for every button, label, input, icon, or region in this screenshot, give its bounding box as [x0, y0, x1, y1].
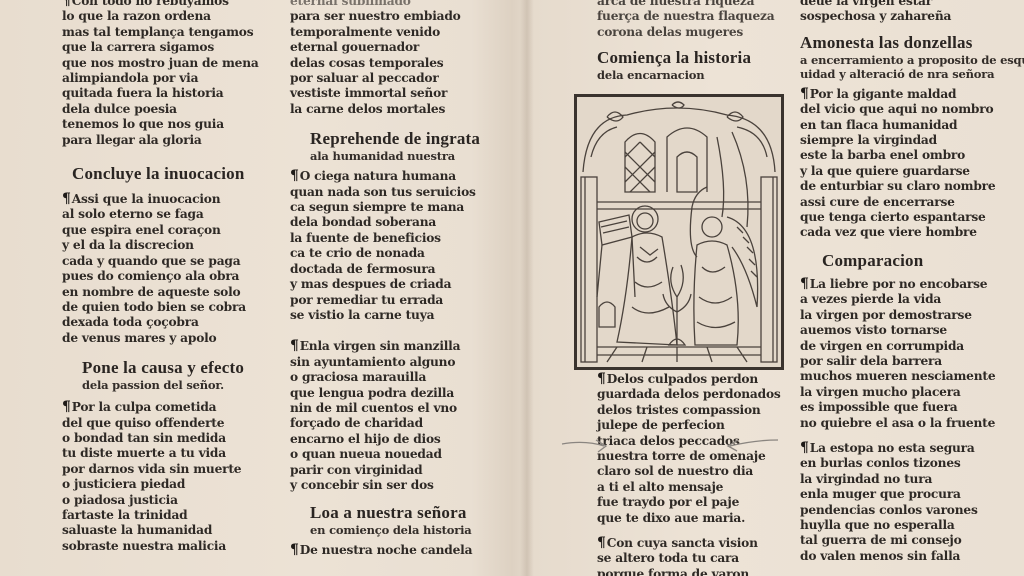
verse-line: que te dixo aue maria.	[597, 511, 781, 526]
verse-line: huylla que no esperalla	[800, 518, 1024, 533]
verse-line: alimpiandola por via	[62, 71, 259, 86]
verse-line: saluaste la humanidad	[62, 523, 259, 538]
stanza: ¶O ciega natura humana quan nada son tus…	[290, 169, 480, 323]
verse-line: ¶Con cuya sancta vision	[597, 536, 781, 551]
verse-line: siempre la virgindad	[800, 133, 1024, 148]
verse-line: por darnos vida sin muerte	[62, 462, 259, 477]
verse-line: parir con virginidad	[290, 463, 480, 478]
right-page-column-1-lower: ¶Delos culpados perdon guardada delos pe…	[597, 372, 781, 576]
verse-line: vestiste immortal señor	[290, 86, 480, 101]
verse-line: de virgen en corrumpida	[800, 339, 1024, 354]
verse-line: para llegar ala gloria	[62, 133, 259, 148]
verse-line: la fuente de beneficios	[290, 231, 480, 246]
verse-line: do valen menos sin falla	[800, 549, 1024, 564]
verse-line: y el da la discrecion	[62, 238, 259, 253]
verse-line: para ser nuestro embiado	[290, 9, 480, 24]
verse-line: quitada fuera la historia	[62, 86, 259, 101]
verse-line: tu diste muerte a tu vida	[62, 446, 259, 461]
verse-line: la virgen mucho placera	[800, 385, 1024, 400]
verse-line: nin de mil cuentos el vno	[290, 401, 480, 416]
pilcrow-icon: ¶	[597, 536, 606, 551]
section-subheading: en comienço dela historia	[290, 523, 480, 537]
pilcrow-icon: ¶	[62, 0, 71, 9]
verse-line: fue traydo por el paje	[597, 495, 781, 510]
verse-line: a ti el alto mensaje	[597, 480, 781, 495]
verse-line: cada y quando que se paga	[62, 254, 259, 269]
verse-line: delas cosas temporales	[290, 56, 480, 71]
stanza: ¶La liebre por no encobarse a vezes pier…	[800, 277, 1024, 431]
verse-line: que la carrera sigamos	[62, 40, 259, 55]
verse-line: ¶Delos culpados perdon	[597, 372, 781, 387]
verse-line: pendencias conlos varones	[800, 503, 1024, 518]
verse-line: tal guerra de mi consejo	[800, 533, 1024, 548]
verse-line: auemos visto tornarse	[800, 323, 1024, 338]
right-margin-arrow-icon	[720, 434, 780, 454]
verse-line: ¶O ciega natura humana	[290, 169, 480, 184]
verse-line: o bondad tan sin medida	[62, 431, 259, 446]
stanza: arca de nuestra riqueza fuerça de nuestr…	[597, 0, 774, 40]
verse-line: corona delas mugeres	[597, 25, 774, 40]
woodcut-drawing	[577, 97, 781, 367]
stanza: ¶Assi que la inuocacion al solo eterno s…	[62, 192, 259, 346]
pilcrow-icon: ¶	[800, 277, 809, 292]
verse-line: en tan flaca humanidad	[800, 118, 1024, 133]
pilcrow-icon: ¶	[62, 192, 71, 207]
left-page-column-1: ¶Con todo no rebuyamos lo que la razon o…	[62, 0, 259, 554]
verse-line: ca segun siempre te mana	[290, 200, 480, 215]
verse-line: sospechosa y zahareña	[800, 9, 1024, 24]
verse-line: dela dulce poesia	[62, 102, 259, 117]
annunciation-woodcut-illustration	[574, 94, 784, 370]
left-page-column-2: eternal sublimado para ser nuestro embia…	[290, 0, 480, 559]
verse-line: claro sol de nuestro dia	[597, 464, 781, 479]
verse-line: quan nada son tus seruicios	[290, 185, 480, 200]
pilcrow-icon: ¶	[597, 372, 606, 387]
stanza: eternal sublimado para ser nuestro embia…	[290, 0, 480, 117]
verse-line: sin ayuntamiento alguno	[290, 355, 480, 370]
verse-line: encarno el hijo de dios	[290, 432, 480, 447]
verse-line: por remediar tu errada	[290, 293, 480, 308]
verse-line: ¶De nuestra noche candela	[290, 543, 480, 558]
verse-line: no quiebre el asa o la fruente	[800, 416, 1024, 431]
verse-line: al solo eterno se faga	[62, 207, 259, 222]
right-page-column-1: arca de nuestra riqueza fuerça de nuestr…	[597, 0, 774, 82]
section-subheading: ala humanidad nuestra	[290, 149, 480, 163]
verse-line: mas tal templança tengamos	[62, 25, 259, 40]
verse-line: ¶Por la gigante maldad	[800, 87, 1024, 102]
verse-line: este la barba enel ombro	[800, 148, 1024, 163]
verse-line: que espira enel coraçon	[62, 223, 259, 238]
pilcrow-icon: ¶	[800, 441, 809, 456]
verse-line: porque forma de varon	[597, 567, 781, 576]
verse-line: ¶La estopa no esta segura	[800, 441, 1024, 456]
section-heading: Amonesta las donzellas	[800, 33, 1024, 53]
verse-line: dela bondad soberana	[290, 215, 480, 230]
stanza: ¶Enla virgen sin manzilla sin ayuntamien…	[290, 339, 480, 493]
verse-line: o piadosa justicia	[62, 493, 259, 508]
verse-line: en nombre de aqueste solo	[62, 285, 259, 300]
verse-line: es impossible que fuera	[800, 400, 1024, 415]
verse-line: o quan nueua nouedad	[290, 447, 480, 462]
verse-line: temporalmente venido	[290, 25, 480, 40]
verse-line: de enturbiar su claro nombre	[800, 179, 1024, 194]
verse-line: fuerça de nuestra flaqueza	[597, 9, 774, 24]
verse-line: ¶Por la culpa cometida	[62, 400, 259, 415]
verse-line: ¶Assi que la inuocacion	[62, 192, 259, 207]
verse-line: assi cure de encerrarse	[800, 195, 1024, 210]
stanza: ¶Con todo no rebuyamos lo que la razon o…	[62, 0, 259, 148]
stanza: ¶La estopa no esta segura en burlas conl…	[800, 441, 1024, 564]
verse-line: ca te crio de nonada	[290, 246, 480, 261]
verse-line: fartaste la trinidad	[62, 508, 259, 523]
verse-line: se vistio la carne tuya	[290, 308, 480, 323]
stanza: ¶Con cuya sancta vision se altero toda t…	[597, 536, 781, 576]
verse-line: se altero toda tu cara	[597, 551, 781, 566]
book-gutter	[520, 0, 534, 576]
verse-line: por saluar al peccador	[290, 71, 480, 86]
verse-line: arca de nuestra riqueza	[597, 0, 774, 9]
section-subheading: uidad y alteració de nra señora	[800, 67, 1024, 81]
verse-line: ¶Con todo no rebuyamos	[62, 0, 259, 9]
pilcrow-icon: ¶	[800, 87, 809, 102]
verse-line: de quien todo bien se cobra	[62, 300, 259, 315]
section-heading: Reprehende de ingrata	[290, 129, 480, 149]
section-subheading: dela passion del señor.	[62, 378, 259, 392]
pilcrow-icon: ¶	[62, 400, 71, 415]
stanza: ¶Por la culpa cometida del que quiso off…	[62, 400, 259, 554]
verse-line: deue la virgen estar	[800, 0, 1024, 9]
section-heading: Comparacion	[800, 251, 1024, 271]
verse-line: sobraste nuestra malicia	[62, 539, 259, 554]
verse-line: y la que quiere guardarse	[800, 164, 1024, 179]
verse-line: en burlas conlos tizones	[800, 456, 1024, 471]
verse-line: delos tristes compassion	[597, 403, 781, 418]
verse-line: guardada delos perdonados	[597, 387, 781, 402]
verse-line: ¶La liebre por no encobarse	[800, 277, 1024, 292]
verse-line: eternal gouernador	[290, 40, 480, 55]
verse-line: del que quiso offenderte	[62, 416, 259, 431]
verse-line: enla muger que procura	[800, 487, 1024, 502]
verse-line: forçado de charidad	[290, 416, 480, 431]
stanza: deue la virgen estar sospechosa y zahare…	[800, 0, 1024, 25]
verse-line: cada vez que viere hombre	[800, 225, 1024, 240]
pilcrow-icon: ¶	[290, 169, 299, 184]
pilcrow-icon: ¶	[290, 339, 299, 354]
verse-line: lo que la razon ordena	[62, 9, 259, 24]
verse-line: que tenga cierto espantarse	[800, 210, 1024, 225]
verse-line: ¶Enla virgen sin manzilla	[290, 339, 480, 354]
section-heading: Loa a nuestra señora	[290, 503, 480, 523]
verse-line: muchos mueren nesciamente	[800, 369, 1024, 384]
verse-line: o justiciera piedad	[62, 477, 259, 492]
left-margin-arrow-icon	[560, 436, 610, 456]
verse-line: y concebir sin ser dos	[290, 478, 480, 493]
verse-line: dexada toda çoçobra	[62, 315, 259, 330]
pilcrow-icon: ¶	[290, 543, 299, 558]
verse-line: de venus mares y apolo	[62, 331, 259, 346]
stanza: ¶Por la gigante maldad del vicio que aqu…	[800, 87, 1024, 241]
verse-line: eternal sublimado	[290, 0, 480, 9]
verse-line: y mas despues de criada	[290, 277, 480, 292]
verse-line: o graciosa marauilla	[290, 370, 480, 385]
section-heading: Concluye la inuocacion	[62, 164, 259, 184]
verse-line: pues do comienço ala obra	[62, 269, 259, 284]
right-page-column-2: deue la virgen estar sospechosa y zahare…	[800, 0, 1024, 564]
verse-line: tenemos lo que nos guia	[62, 117, 259, 132]
section-subheading: dela encarnacion	[597, 68, 774, 82]
verse-line: a vezes pierde la vida	[800, 292, 1024, 307]
verse-line: la virgen por demostrarse	[800, 308, 1024, 323]
verse-line: la carne delos mortales	[290, 102, 480, 117]
section-subheading: a encerramiento a proposito de esqui-	[800, 53, 1024, 67]
verse-line: julepe de perfecion	[597, 418, 781, 433]
section-heading: Pone la causa y efecto	[62, 358, 259, 378]
verse-line: la virgindad no tura	[800, 472, 1024, 487]
verse-line: por salir dela barrera	[800, 354, 1024, 369]
verse-line: que lengua podra dezilla	[290, 386, 480, 401]
verse-line: que nos mostro juan de mena	[62, 56, 259, 71]
verse-line: doctada de fermosura	[290, 262, 480, 277]
verse-line: del vicio que aqui no nombro	[800, 102, 1024, 117]
section-heading: Comiença la historia	[597, 48, 774, 68]
